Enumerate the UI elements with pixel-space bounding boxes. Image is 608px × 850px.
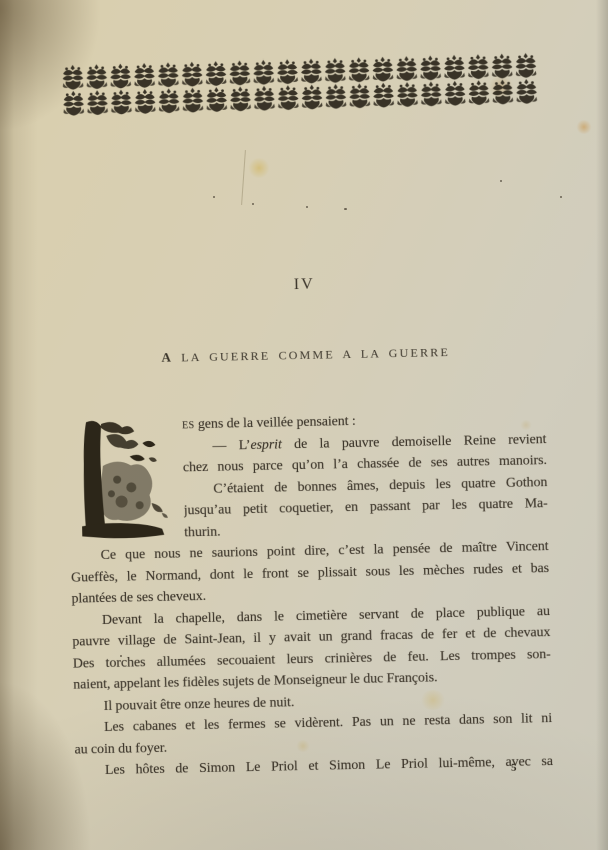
small-caps-opening: es	[182, 417, 195, 432]
drop-cap-illustration	[72, 416, 179, 544]
text-segment: gens de la veillée pensaient :	[194, 414, 355, 432]
paragraph: es gens de la veillée pensaient : — L’es…	[68, 407, 548, 546]
text-segment: — L’	[212, 438, 250, 454]
book-page: IV A LA GUERRE COMME A LA GUERRE	[0, 0, 608, 850]
page-content: IV A LA GUERRE COMME A LA GUERRE	[0, 0, 608, 850]
paragraph: Ce que nous ne saurions point dire, c’es…	[70, 536, 549, 610]
chapter-title: A LA GUERRE COMME A LA GUERRE	[67, 342, 545, 368]
ornament-band	[61, 52, 540, 117]
text-segment: de la pauvre demoiselle Reine revient	[282, 432, 547, 452]
body-text: es gens de la veillée pensaient : — L’es…	[68, 407, 553, 782]
woodcut-initial-L-icon	[72, 417, 174, 543]
page-signature: 5	[511, 762, 517, 774]
chapter-title-text: LA GUERRE COMME A LA GUERRE	[173, 345, 450, 365]
chapter-title-initial: A	[161, 350, 173, 365]
paragraph: Devant la chapelle, dans le cimetière se…	[72, 601, 552, 697]
fleuron-row-icon	[61, 52, 540, 117]
italic-word: esprit	[250, 437, 282, 453]
chapter-number: IV	[65, 271, 543, 299]
